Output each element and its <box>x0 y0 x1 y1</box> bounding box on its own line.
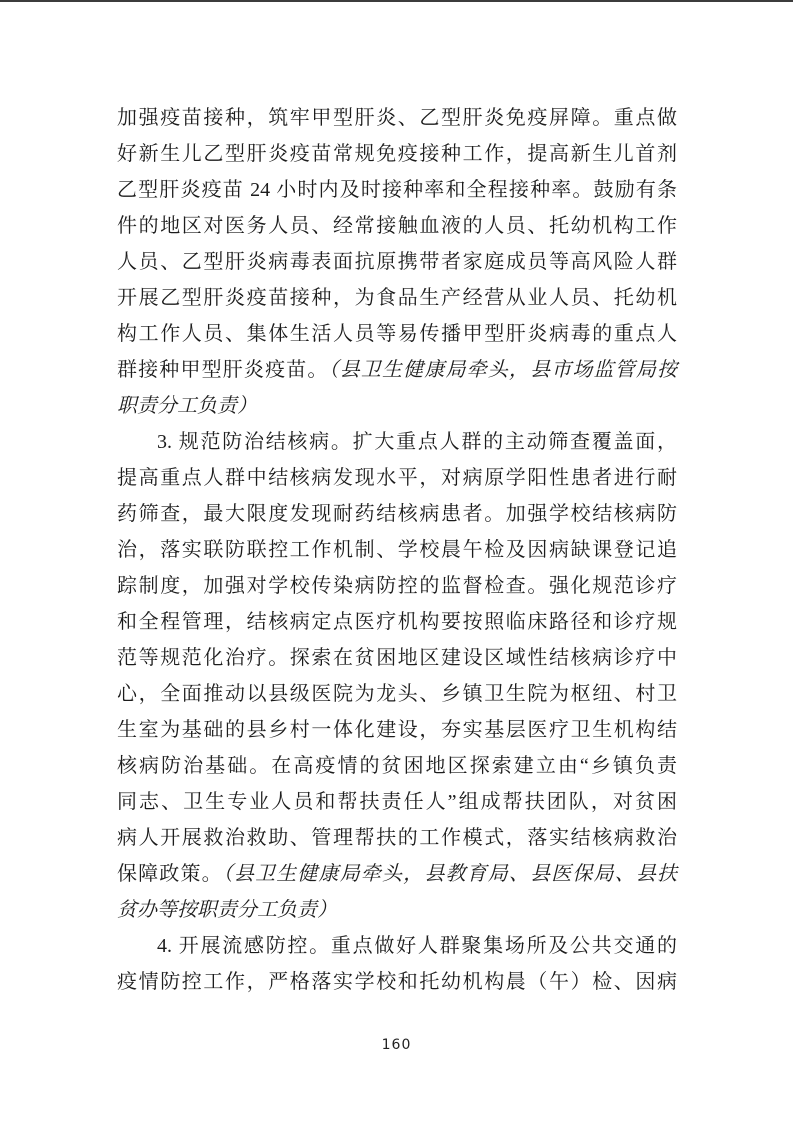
text-line: 治，落实联防联控工作机制、学校晨午检及因病缺课登记追 <box>117 532 677 568</box>
body-text: 人员、乙型肝炎病毒表面抗原携带者家庭成员等高风险人群 <box>117 251 677 273</box>
body-text: 范等规范化治疗。探索在贫困地区建设区域性结核病诊疗中 <box>117 647 677 669</box>
text-line: 生室为基础的县乡村一体化建设，夯实基层医疗卫生机构结 <box>117 712 677 748</box>
body-text: 开展乙型肝炎疫苗接种，为食品生产经营从业人员、托幼机 <box>117 287 677 309</box>
text-line: 提高重点人群中结核病发现水平，对病原学阳性患者进行耐 <box>117 460 677 496</box>
body-text: 构工作人员、集体生活人员等易传播甲型肝炎病毒的重点人 <box>117 323 677 345</box>
responsibility-note-text: （县卫生健康局牵头，县市场监管局按 <box>329 359 677 381</box>
body-text: 同志、卫生专业人员和帮扶责任人”组成帮扶团队，对贫困 <box>117 791 677 813</box>
body-text: 疫情防控工作，严格落实学校和托幼机构晨（午）检、因病 <box>117 971 677 993</box>
text-line: 构工作人员、集体生活人员等易传播甲型肝炎病毒的重点人 <box>117 316 677 352</box>
responsibility-note-text: （县卫生健康局牵头，县教育局、县医保局、县扶 <box>223 863 677 885</box>
text-line: 人员、乙型肝炎病毒表面抗原携带者家庭成员等高风险人群 <box>117 244 677 280</box>
body-text: 好新生儿乙型肝炎疫苗常规免疫接种工作，提高新生儿首剂 <box>117 143 677 165</box>
body-text: 加强疫苗接种，筑牢甲型肝炎、乙型肝炎免疫屏障。重点做 <box>117 107 677 129</box>
page-number: 160 <box>0 1037 793 1053</box>
text-line: 范等规范化治疗。探索在贫困地区建设区域性结核病诊疗中 <box>117 640 677 676</box>
text-line: 加强疫苗接种，筑牢甲型肝炎、乙型肝炎免疫屏障。重点做 <box>117 100 677 136</box>
text-line: 踪制度，加强对学校传染病防控的监督检查。强化规范诊疗 <box>117 568 677 604</box>
text-line: 核病防治基础。在高疫情的贫困地区探索建立由“乡镇负责 <box>117 748 677 784</box>
body-text: 和全程管理，结核病定点医疗机构要按照临床路径和诊疗规 <box>117 611 677 633</box>
responsibility-note-text: 贫办等按职责分工负责） <box>117 899 337 921</box>
document-page: 加强疫苗接种，筑牢甲型肝炎、乙型肝炎免疫屏障。重点做好新生儿乙型肝炎疫苗常规免疫… <box>0 0 793 1122</box>
text-line: 和全程管理，结核病定点医疗机构要按照临床路径和诊疗规 <box>117 604 677 640</box>
body-text: 治，落实联防联控工作机制、学校晨午检及因病缺课登记追 <box>117 539 677 561</box>
text-line: 药筛查，最大限度发现耐药结核病患者。加强学校结核病防 <box>117 496 677 532</box>
text-line: 3. 规范防治结核病。扩大重点人群的主动筛查覆盖面， <box>117 424 677 460</box>
responsibility-note-text: 职责分工负责） <box>117 395 257 417</box>
para-hepatitis-vaccination-continued: 加强疫苗接种，筑牢甲型肝炎、乙型肝炎免疫屏障。重点做好新生儿乙型肝炎疫苗常规免疫… <box>117 100 677 424</box>
body-text: 3. 规范防治结核病。扩大重点人群的主动筛查覆盖面， <box>157 431 677 453</box>
body-text: 4. 开展流感防控。重点做好人群聚集场所及公共交通的 <box>157 935 677 957</box>
body-text: 提高重点人群中结核病发现水平，对病原学阳性患者进行耐 <box>117 467 677 489</box>
text-line: 贫办等按职责分工负责） <box>117 892 677 928</box>
text-line: 4. 开展流感防控。重点做好人群聚集场所及公共交通的 <box>117 928 677 964</box>
text-line: 件的地区对医务人员、经常接触血液的人员、托幼机构工作 <box>117 208 677 244</box>
text-line: 保障政策。（县卫生健康局牵头，县教育局、县医保局、县扶 <box>117 856 677 892</box>
body-text: 心，全面推动以县级医院为龙头、乡镇卫生院为枢纽、村卫 <box>117 683 677 705</box>
page-top-edge-line <box>0 0 793 2</box>
text-line: 群接种甲型肝炎疫苗。（县卫生健康局牵头，县市场监管局按 <box>117 352 677 388</box>
text-line: 职责分工负责） <box>117 388 677 424</box>
body-text: 保障政策。 <box>117 863 223 885</box>
text-line: 乙型肝炎疫苗 24 小时内及时接种率和全程接种率。鼓励有条 <box>117 172 677 208</box>
body-text: 件的地区对医务人员、经常接触血液的人员、托幼机构工作 <box>117 215 677 237</box>
text-line: 好新生儿乙型肝炎疫苗常规免疫接种工作，提高新生儿首剂 <box>117 136 677 172</box>
text-line: 病人开展救治救助、管理帮扶的工作模式，落实结核病救治 <box>117 820 677 856</box>
document-body-text: 加强疫苗接种，筑牢甲型肝炎、乙型肝炎免疫屏障。重点做好新生儿乙型肝炎疫苗常规免疫… <box>117 100 677 1000</box>
para-3-tuberculosis-prevention: 3. 规范防治结核病。扩大重点人群的主动筛查覆盖面，提高重点人群中结核病发现水平… <box>117 424 677 928</box>
text-line: 疫情防控工作，严格落实学校和托幼机构晨（午）检、因病 <box>117 964 677 1000</box>
body-text: 群接种甲型肝炎疫苗。 <box>117 359 329 381</box>
body-text: 乙型肝炎疫苗 24 小时内及时接种率和全程接种率。鼓励有条 <box>117 179 677 201</box>
body-text: 药筛查，最大限度发现耐药结核病患者。加强学校结核病防 <box>117 503 677 525</box>
body-text: 生室为基础的县乡村一体化建设，夯实基层医疗卫生机构结 <box>117 719 677 741</box>
text-line: 开展乙型肝炎疫苗接种，为食品生产经营从业人员、托幼机 <box>117 280 677 316</box>
text-line: 心，全面推动以县级医院为龙头、乡镇卫生院为枢纽、村卫 <box>117 676 677 712</box>
body-text: 核病防治基础。在高疫情的贫困地区探索建立由“乡镇负责 <box>117 755 677 777</box>
para-4-influenza-control: 4. 开展流感防控。重点做好人群聚集场所及公共交通的疫情防控工作，严格落实学校和… <box>117 928 677 1000</box>
text-line: 同志、卫生专业人员和帮扶责任人”组成帮扶团队，对贫困 <box>117 784 677 820</box>
body-text: 病人开展救治救助、管理帮扶的工作模式，落实结核病救治 <box>117 827 677 849</box>
body-text: 踪制度，加强对学校传染病防控的监督检查。强化规范诊疗 <box>117 575 677 597</box>
